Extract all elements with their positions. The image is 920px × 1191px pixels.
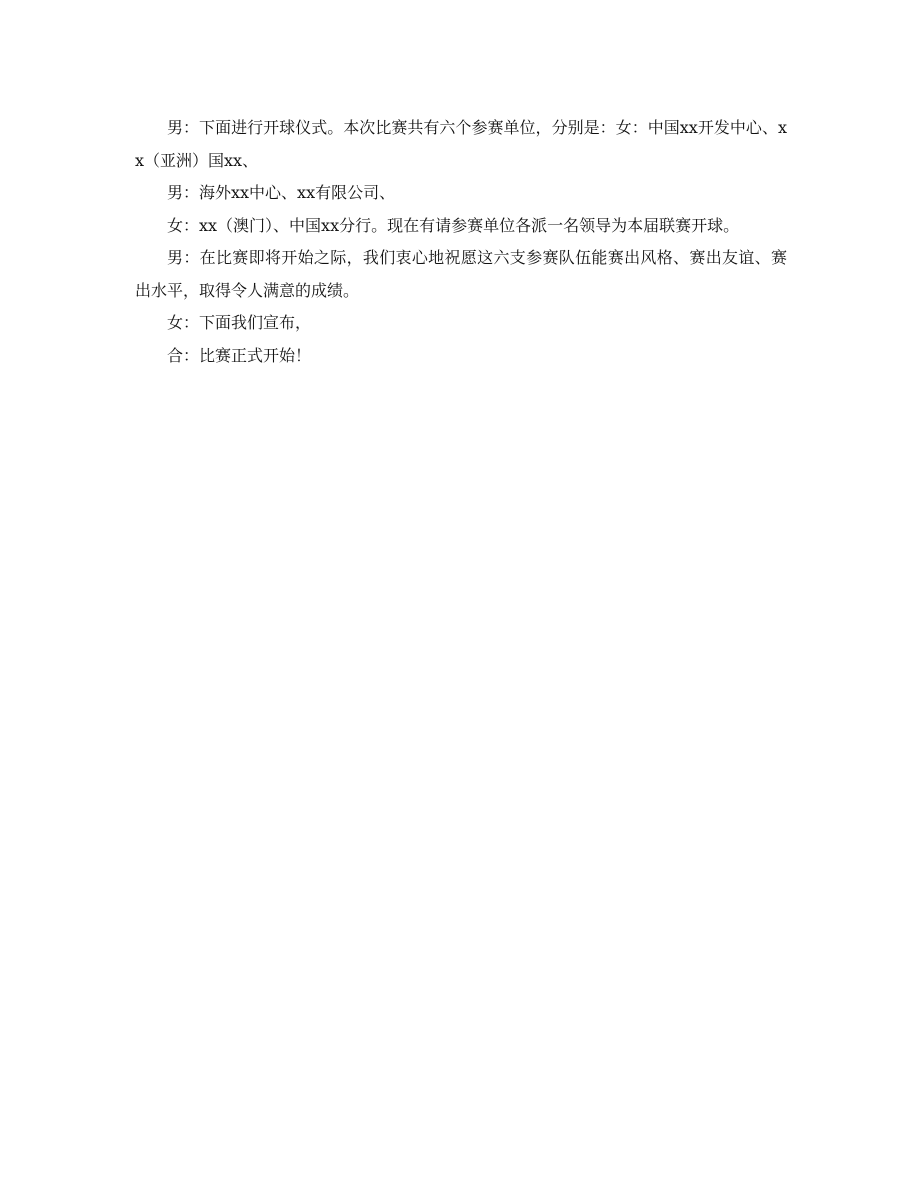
paragraph-start: 合：比赛正式开始！ <box>135 340 787 373</box>
paragraph-opening-ceremony: 男：下面进行开球仪式。本次比赛共有六个参赛单位，分别是：女：中国xx开发中心、x… <box>135 112 787 177</box>
paragraph-announce: 女：下面我们宣布， <box>135 307 787 340</box>
paragraph-participants-male: 男：海外xx中心、xx有限公司、 <box>135 177 787 210</box>
document-page: 男：下面进行开球仪式。本次比赛共有六个参赛单位，分别是：女：中国xx开发中心、x… <box>135 112 787 372</box>
paragraph-wishes: 男：在比赛即将开始之际，我们衷心地祝愿这六支参赛队伍能赛出风格、赛出友谊、赛出水… <box>135 242 787 307</box>
paragraph-participants-female: 女：xx（澳门）、中国xx分行。现在有请参赛单位各派一名领导为本届联赛开球。 <box>135 210 787 243</box>
